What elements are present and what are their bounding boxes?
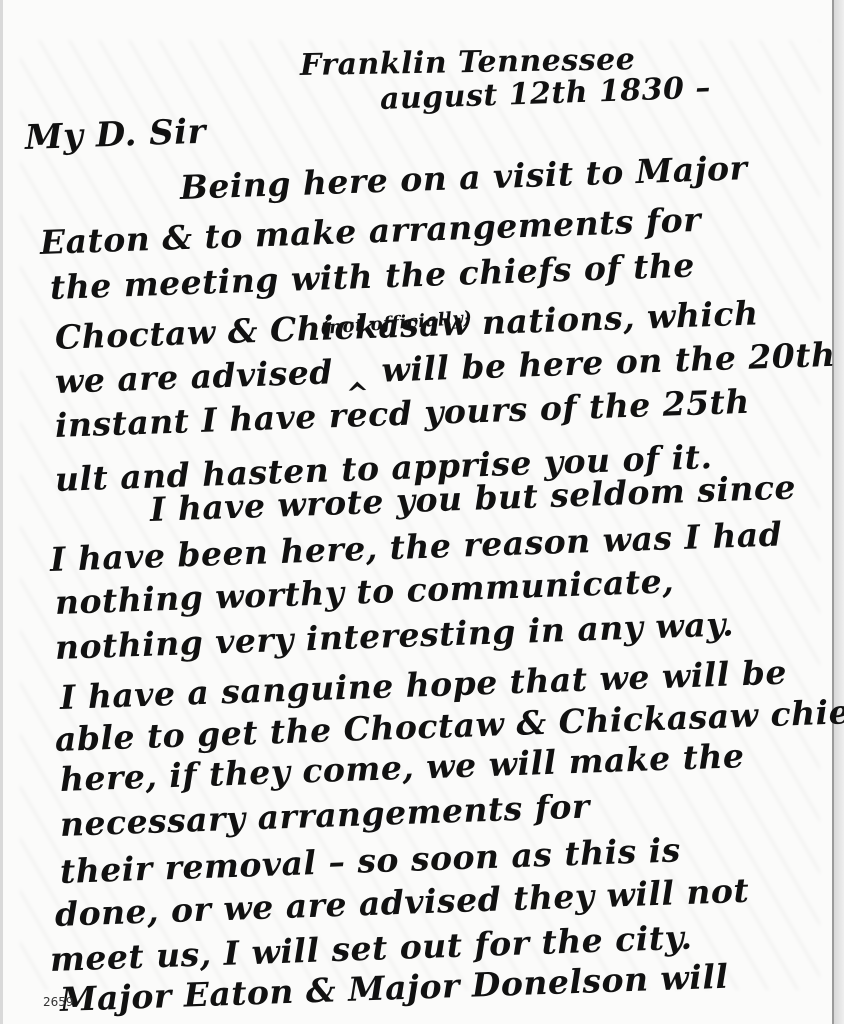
page-left-edge [0,0,3,1024]
salutation: My D. Sir [24,112,206,158]
manuscript-page: Franklin Tennessee august 12th 1830 – My… [0,0,844,1024]
archive-number: 2659 [43,995,74,1009]
page-right-edge-shadow [834,0,844,1024]
